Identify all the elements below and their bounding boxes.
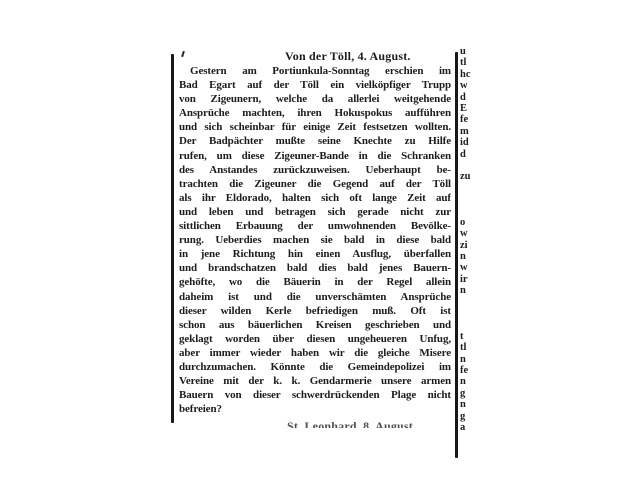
body-line: schon aus bäuerlichen Kreisen geschriebe… bbox=[179, 318, 451, 332]
fragment-line: t bbox=[460, 331, 474, 342]
next-article-dateline: St. Leonhard, 8. August. bbox=[179, 420, 451, 428]
fragment-line: w bbox=[460, 228, 474, 239]
body-line: sittlichen Erbauung der umwohnenden Bevö… bbox=[179, 219, 451, 233]
body-line: Ansprüche machten, ihren Hokuspokus auff… bbox=[179, 106, 451, 120]
body-line: geklagt worden über diesen ungeheueren U… bbox=[179, 332, 451, 346]
fragment-line: fe bbox=[460, 114, 474, 125]
fragment-line bbox=[460, 297, 474, 308]
fragment-line: zi bbox=[460, 240, 474, 251]
fragment-line: o bbox=[460, 217, 474, 228]
body-line: aber immer wieder haben wir die gleiche … bbox=[179, 346, 451, 360]
body-line: daheim ist und die unverschämten Ansprüc… bbox=[179, 290, 451, 304]
fragment-line: w bbox=[460, 262, 474, 273]
fragment-line bbox=[460, 205, 474, 216]
body-line: gehöfte, wo die Bäuerin in der Regel all… bbox=[179, 275, 451, 289]
fragment-line: hc bbox=[460, 69, 474, 80]
body-line: und sich scheinbar für einige Zeit fests… bbox=[179, 120, 451, 134]
fragment-line: g bbox=[460, 411, 474, 422]
fragment-line: tl bbox=[460, 57, 474, 68]
body-line: durchzumachen. Könnte die Gemeindepolize… bbox=[179, 360, 451, 374]
body-line: und leben und betragen sich gerade nicht… bbox=[179, 205, 451, 219]
fragment-line: a bbox=[460, 422, 474, 433]
fragment-line: u bbox=[460, 46, 474, 57]
fragment-line: n bbox=[460, 354, 474, 365]
fragment-line: d bbox=[460, 149, 474, 160]
body-line: und brandschatzen bald dies bald jenes B… bbox=[179, 261, 451, 275]
column-rule-right bbox=[455, 52, 458, 458]
next-article-dateline-text: St. Leonhard, 8. August. bbox=[287, 420, 451, 428]
body-line: dieser wilden Kerle befriedigen muß. Oft… bbox=[179, 304, 451, 318]
body-line: rufen, um diese Zigeuner-Bande in die Sc… bbox=[179, 149, 451, 163]
body-line: als ihr Eldorado, halten sich oft lange … bbox=[179, 191, 451, 205]
body-line: Vereine mit der k. k. Gendarmerie unsere… bbox=[179, 374, 451, 388]
fragment-line: fe bbox=[460, 365, 474, 376]
adjacent-column-fragments: utlhcwdEfemiddzuowzinwirnttlnfengnga bbox=[460, 46, 474, 446]
fragment-line bbox=[460, 160, 474, 171]
fragment-line bbox=[460, 319, 474, 330]
fragment-line bbox=[460, 308, 474, 319]
body-line: von Zigeunern, welche da allerlei weitge… bbox=[179, 92, 451, 106]
fragment-line: id bbox=[460, 137, 474, 148]
body-line: Bad Egart auf der Töll ein vielköpfiger … bbox=[179, 78, 451, 92]
fragment-line: ir bbox=[460, 274, 474, 285]
fragment-line: n bbox=[460, 399, 474, 410]
fragment-line: n bbox=[460, 285, 474, 296]
fragment-line: n bbox=[460, 376, 474, 387]
body-line: trachten die Zigeuner die Gegend auf der… bbox=[179, 177, 451, 191]
fragment-line: m bbox=[460, 126, 474, 137]
article-dateline: Von der Töll, 4. August. bbox=[285, 49, 451, 64]
article-column: Von der Töll, 4. August. Gestern am Port… bbox=[179, 49, 451, 428]
body-line: Bauern von dieser schwerdrückenden Plage… bbox=[179, 388, 451, 402]
body-line: befreien? bbox=[179, 402, 451, 416]
fragment-line bbox=[460, 194, 474, 205]
body-line: rung. Ueberdies machen sie bald in diese… bbox=[179, 233, 451, 247]
newspaper-scan: Von der Töll, 4. August. Gestern am Port… bbox=[0, 0, 640, 480]
fragment-line bbox=[460, 183, 474, 194]
fragment-line: g bbox=[460, 388, 474, 399]
body-line: Gestern am Portiunkula-Sonntag erschien … bbox=[179, 64, 451, 78]
body-line: Der Badpächter mußte seine Knechte zu Hi… bbox=[179, 134, 451, 148]
body-line: in jene Richtung hin einen Ausflug, über… bbox=[179, 247, 451, 261]
fragment-line: n bbox=[460, 251, 474, 262]
fragment-line: tl bbox=[460, 342, 474, 353]
fragment-line: E bbox=[460, 103, 474, 114]
fragment-line: d bbox=[460, 92, 474, 103]
body-line: des Anstandes zurückzuweisen. Ueberhaupt… bbox=[179, 163, 451, 177]
column-rule-left bbox=[171, 54, 174, 423]
article-body: Gestern am Portiunkula-Sonntag erschien … bbox=[179, 64, 451, 416]
fragment-line: w bbox=[460, 80, 474, 91]
fragment-line: zu bbox=[460, 171, 474, 182]
